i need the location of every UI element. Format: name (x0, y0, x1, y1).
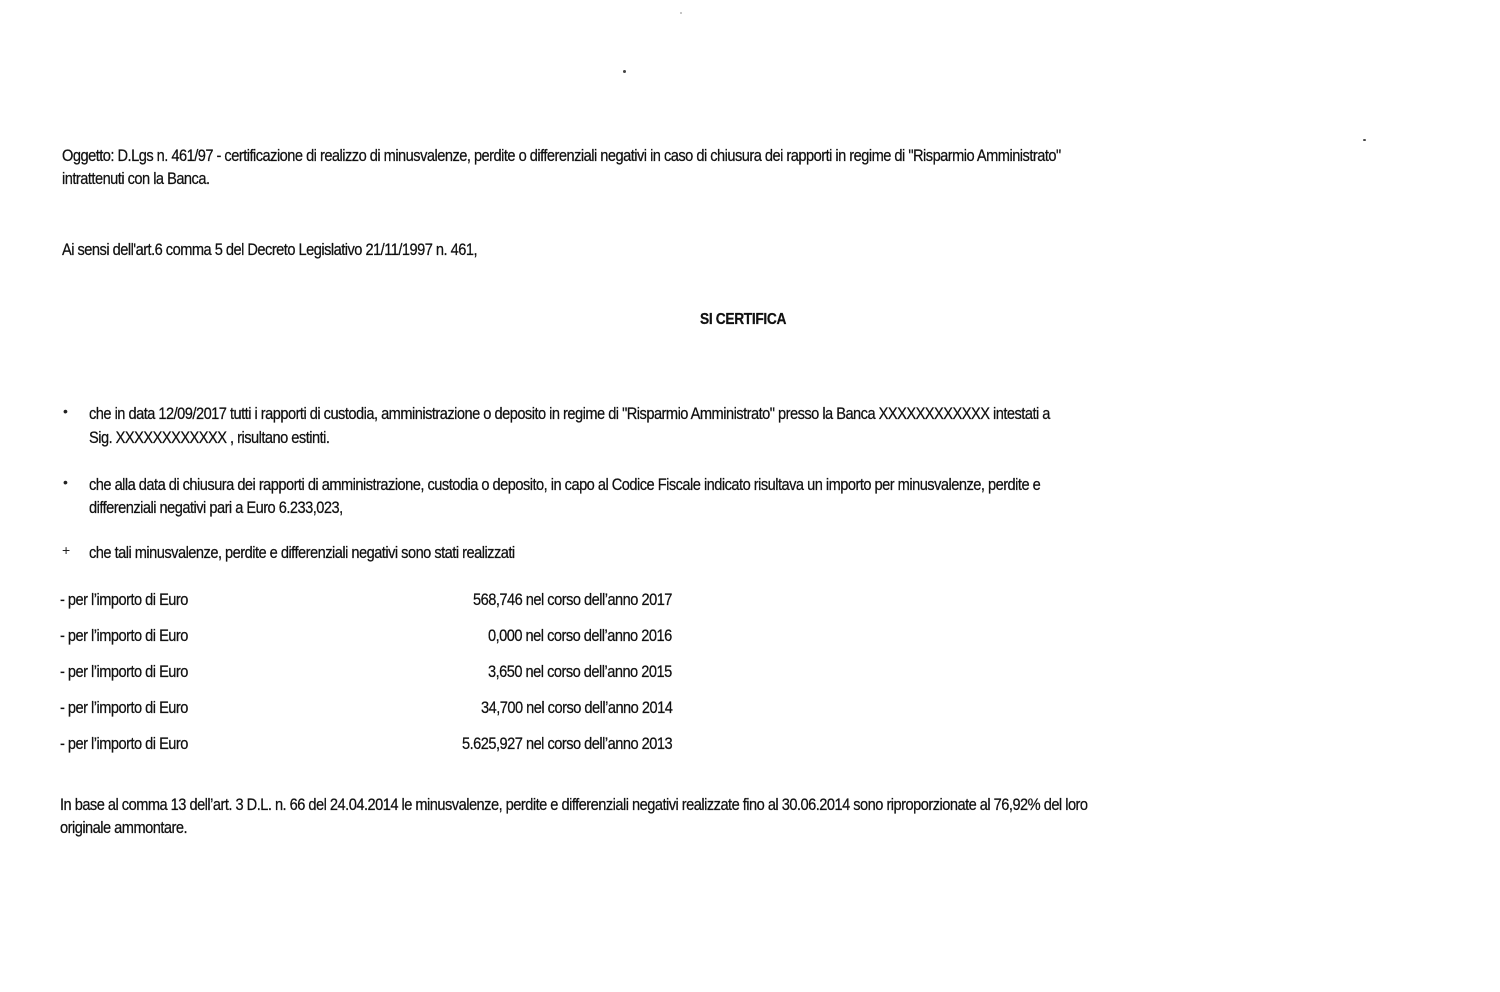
footer-line-2: originale ammontare. (60, 816, 187, 840)
amount-value: 5.625,927 (462, 734, 522, 753)
bullet-1-line-2: Sig. XXXXXXXXXXXX , risultano estinti. (89, 426, 329, 450)
amount-value: 568,746 (473, 590, 522, 609)
bullet-3-line-1: che tali minusvalenze, perdite e differe… (89, 541, 515, 565)
bullet-1-line-1: che in data 12/09/2017 tutti i rapporti … (89, 402, 1050, 426)
amount-year: 2014 (642, 698, 672, 717)
subject-line-2: intrattenuti con la Banca. (62, 167, 210, 191)
bullet-2-line-2: differenziali negativi pari a Euro 6.233… (89, 496, 343, 520)
amount-suffix: nel corso dell’anno (526, 662, 638, 681)
subject-line-1: Oggetto: D.Lgs n. 461/97 - certificazion… (62, 144, 1061, 168)
footer-line-1: In base al comma 13 dell’art. 3 D.L. n. … (60, 793, 1088, 817)
amount-row-label: - per l’importo di Euro (60, 732, 188, 756)
scan-speck (623, 70, 626, 73)
amount-year: 2013 (642, 734, 672, 753)
amount-year: 2016 (642, 626, 672, 645)
amount-suffix: nel corso dell’anno (526, 626, 638, 645)
amount-row-label: - per l’importo di Euro (60, 696, 188, 720)
bullet-icon: • (63, 403, 68, 419)
amount-year: 2017 (642, 590, 672, 609)
amount-suffix: nel corso dell’anno (526, 734, 638, 753)
certification-heading: SI CERTIFICA (700, 308, 786, 332)
amount-value: 0,000 (488, 626, 522, 645)
bullet-2-line-1: che alla data di chiusura dei rapporti d… (89, 473, 1040, 497)
amount-row-value: 0,000 nel corso dell’anno 2016 (488, 624, 672, 648)
amount-row-label: - per l’importo di Euro (60, 588, 188, 612)
amount-suffix: nel corso dell’anno (526, 698, 638, 717)
bullet-icon: + (62, 542, 70, 558)
amount-year: 2015 (642, 662, 672, 681)
scan-speck (680, 12, 682, 14)
bullet-icon: • (63, 474, 68, 490)
amount-row-value: 34,700 nel corso dell’anno 2014 (481, 696, 672, 720)
amount-row-value: 3,650 nel corso dell’anno 2015 (488, 660, 672, 684)
amount-row-label: - per l’importo di Euro (60, 660, 188, 684)
scan-speck (1363, 139, 1366, 141)
amount-row-value: 568,746 nel corso dell’anno 2017 (473, 588, 672, 612)
amount-suffix: nel corso dell’anno (526, 590, 638, 609)
amount-row-label: - per l’importo di Euro (60, 624, 188, 648)
amount-row-value: 5.625,927 nel corso dell’anno 2013 (462, 732, 672, 756)
legal-basis: Ai sensi dell'art.6 comma 5 del Decreto … (62, 238, 477, 262)
amount-value: 3,650 (488, 662, 522, 681)
amount-value: 34,700 (481, 698, 523, 717)
